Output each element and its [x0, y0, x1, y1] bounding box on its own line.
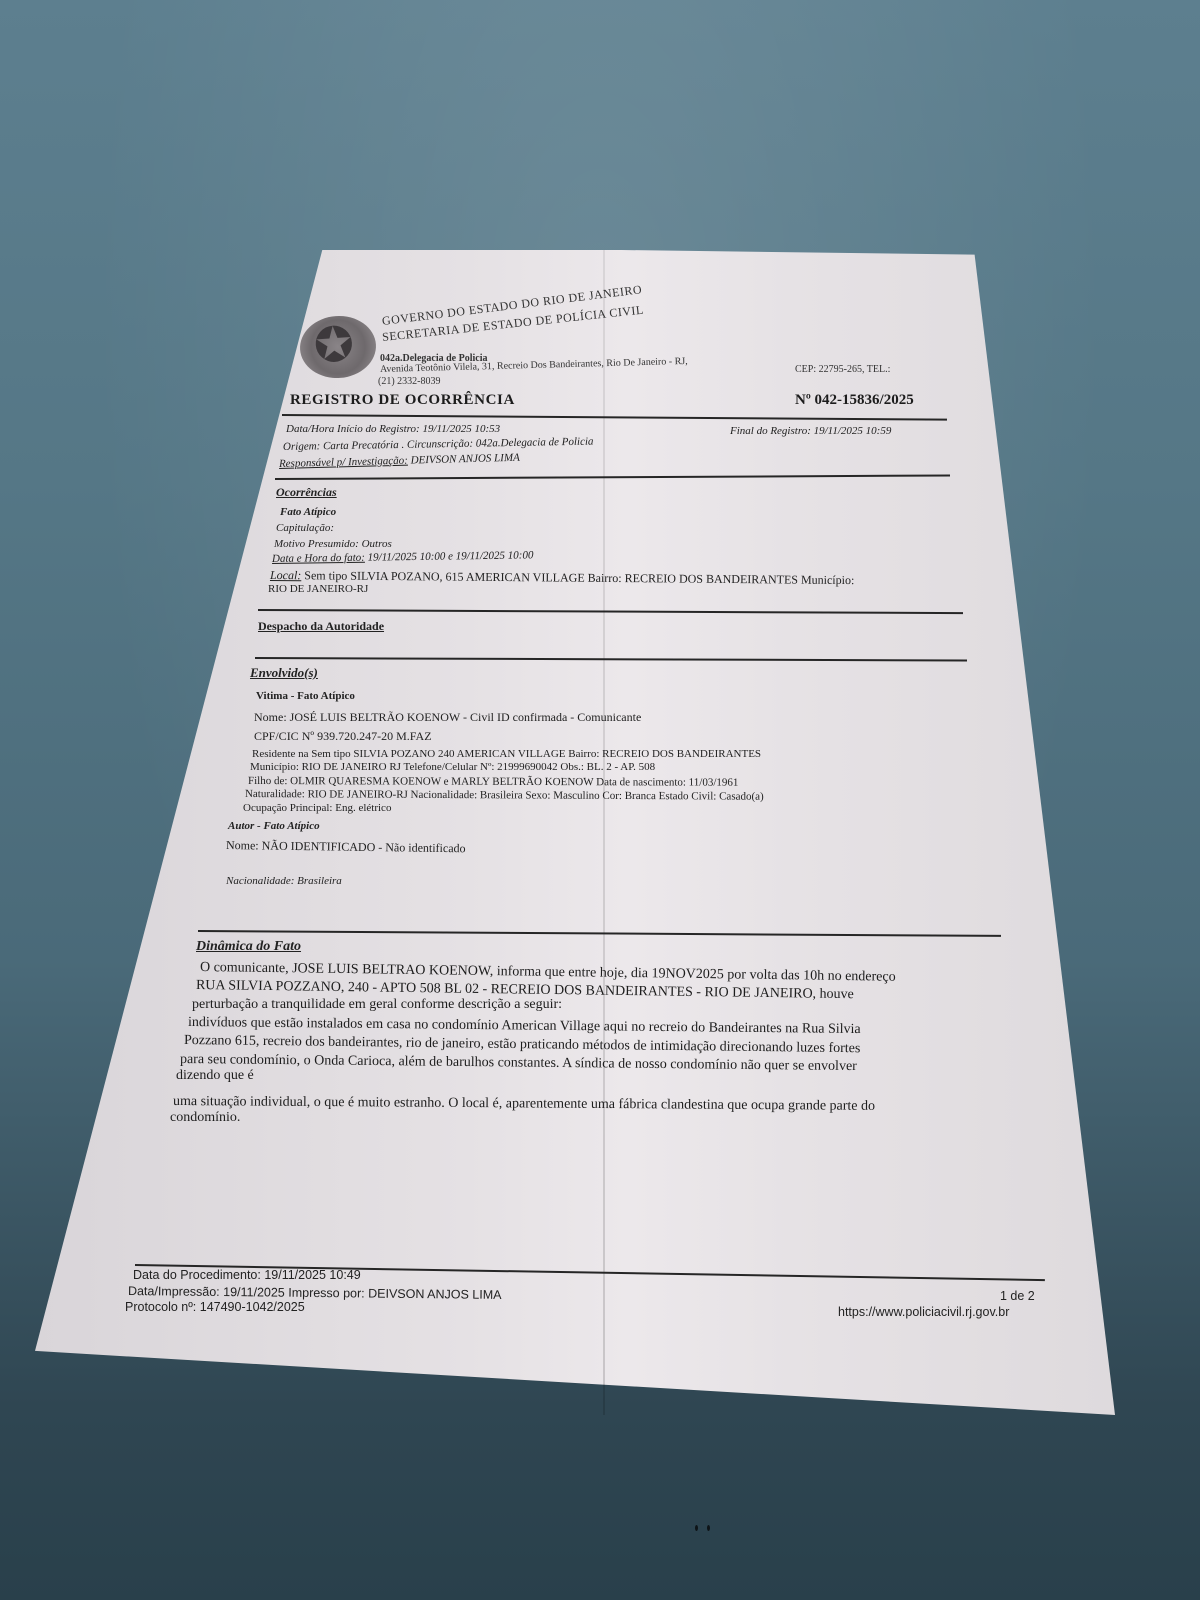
divider [198, 930, 1001, 937]
table-specks [695, 1518, 719, 1536]
ocorrencias-heading: Ocorrências [276, 485, 337, 500]
responsible-investigator: Responsável p/ Investigação: DEIVSON ANJ… [279, 452, 520, 470]
police-seal-icon: ✪ [298, 313, 378, 380]
divider [258, 609, 963, 614]
narrative-line: uma situação individual, o que é muito e… [173, 1094, 875, 1115]
author-role: Autor - Fato Atípico [228, 820, 320, 832]
occurrence-type: Fato Atípico [280, 506, 336, 518]
despacho-heading: Despacho da Autoridade [258, 619, 384, 634]
divider [282, 414, 947, 421]
divider [255, 657, 967, 661]
capitulacao-label: Capitulação: [276, 522, 334, 534]
fact-location-city: RIO DE JANEIRO-RJ [268, 583, 368, 595]
fact-datetime: Data e Hora do fato: 19/11/2025 10:00 e … [272, 549, 534, 565]
narrative-line: condomínio. [170, 1110, 240, 1126]
procedure-date: Data do Procedimento: 19/11/2025 10:49 [133, 1268, 361, 1282]
report-title: REGISTRO DE OCORRÊNCIA [290, 392, 515, 409]
motivo-presumido: Motivo Presumido: Outros [274, 538, 392, 550]
end-datetime: Final do Registro: 19/11/2025 10:59 [730, 425, 891, 437]
author-nationality: Nacionalidade: Brasileira [226, 875, 342, 887]
victim-cpf: CPF/CIC Nº 939.720.247-20 M.FAZ [254, 729, 432, 744]
report-number: Nº 042-15836/2025 [795, 392, 914, 409]
victim-naturalidade: Naturalidade: RIO DE JANEIRO-RJ Nacional… [245, 788, 764, 803]
station-cep-tel: CEP: 22795-265, TEL.: [795, 364, 890, 375]
victim-parents-birth: Filho de: OLMIR QUARESMA KOENOW e MARLY … [248, 775, 738, 789]
website-url: https://www.policiacivil.rj.gov.br [838, 1305, 1009, 1319]
victim-municipio-phone: Município: RIO DE JANEIRO RJ Telefone/Ce… [250, 761, 655, 773]
envolvidos-heading: Envolvido(s) [250, 665, 318, 681]
victim-occupation: Ocupação Principal: Eng. elétrico [243, 802, 391, 814]
victim-residence: Residente na Sem tipo SILVIA POZANO 240 … [252, 748, 761, 760]
origin: Origem: Carta Precatória . Circunscrição… [283, 436, 594, 453]
victim-role: Vitima - Fato Atípico [256, 690, 355, 702]
dinamica-heading: Dinâmica do Fato [196, 939, 301, 955]
divider [275, 474, 950, 480]
protocol-number: Protocolo nº: 147490-1042/2025 [125, 1300, 305, 1314]
document-content: ✪ GOVERNO DO ESTADO DO RIO DE JANEIRO SE… [0, 0, 1200, 1600]
start-datetime: Data/Hora Início do Registro: 19/11/2025… [286, 423, 500, 435]
narrative-line: dizendo que é [176, 1068, 254, 1084]
narrative-line: perturbação a tranquilidade em geral con… [192, 997, 562, 1013]
author-name: Nome: NÃO IDENTIFICADO - Não identificad… [226, 838, 466, 856]
page-indicator: 1 de 2 [1000, 1289, 1035, 1303]
station-phone: (21) 2332-8039 [378, 376, 441, 387]
victim-name: Nome: JOSÉ LUIS BELTRÃO KOENOW - Civil I… [254, 710, 641, 725]
